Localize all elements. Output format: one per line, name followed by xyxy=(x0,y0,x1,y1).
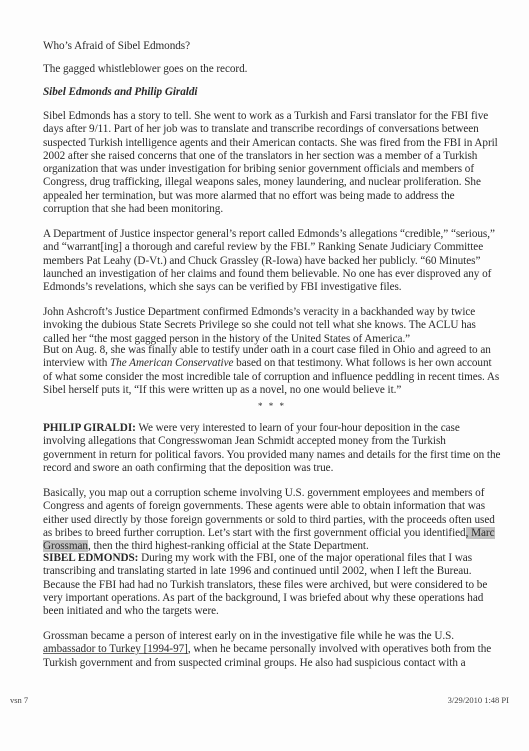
question-1: PHILIP GIRALDI: We were very interested … xyxy=(43,422,501,475)
section-separator: * * * xyxy=(43,400,501,413)
speaker-label: PHILIP GIRALDI: xyxy=(43,422,136,434)
question-2: Basically, you map out a corruption sche… xyxy=(43,487,501,553)
text-run: Basically, you map out a corruption sche… xyxy=(43,487,495,539)
article-title: Who’s Afraid of Sibel Edmonds? xyxy=(43,40,190,53)
text-run: Grossman became a person of interest ear… xyxy=(43,630,454,642)
footer-version: vsn 7 xyxy=(10,695,28,705)
paragraph-doj-report: A Department of Justice inspector genera… xyxy=(43,228,501,294)
article-byline: Sibel Edmonds and Philip Giraldi xyxy=(43,86,197,99)
publication-name: The American Conservative xyxy=(110,357,233,369)
answer-1: SIBEL EDMONDS: During my work with the F… xyxy=(43,552,501,618)
paragraph-ashcroft: John Ashcroft’s Justice Department confi… xyxy=(43,306,501,346)
speaker-label: SIBEL EDMONDS: xyxy=(43,552,138,564)
paragraph-intro: Sibel Edmonds has a story to tell. She w… xyxy=(43,110,501,216)
text-run: , then the third highest-ranking officia… xyxy=(88,540,369,552)
article-subtitle: The gagged whistleblower goes on the rec… xyxy=(43,63,247,76)
underlined-text: ambassador to Turkey [1994-97] xyxy=(43,643,188,655)
answer-2: Grossman became a person of interest ear… xyxy=(43,630,501,670)
footer-timestamp: 3/29/2010 1:48 PI xyxy=(448,695,509,705)
paragraph-testimony: But on Aug. 8, she was finally able to t… xyxy=(43,344,501,397)
